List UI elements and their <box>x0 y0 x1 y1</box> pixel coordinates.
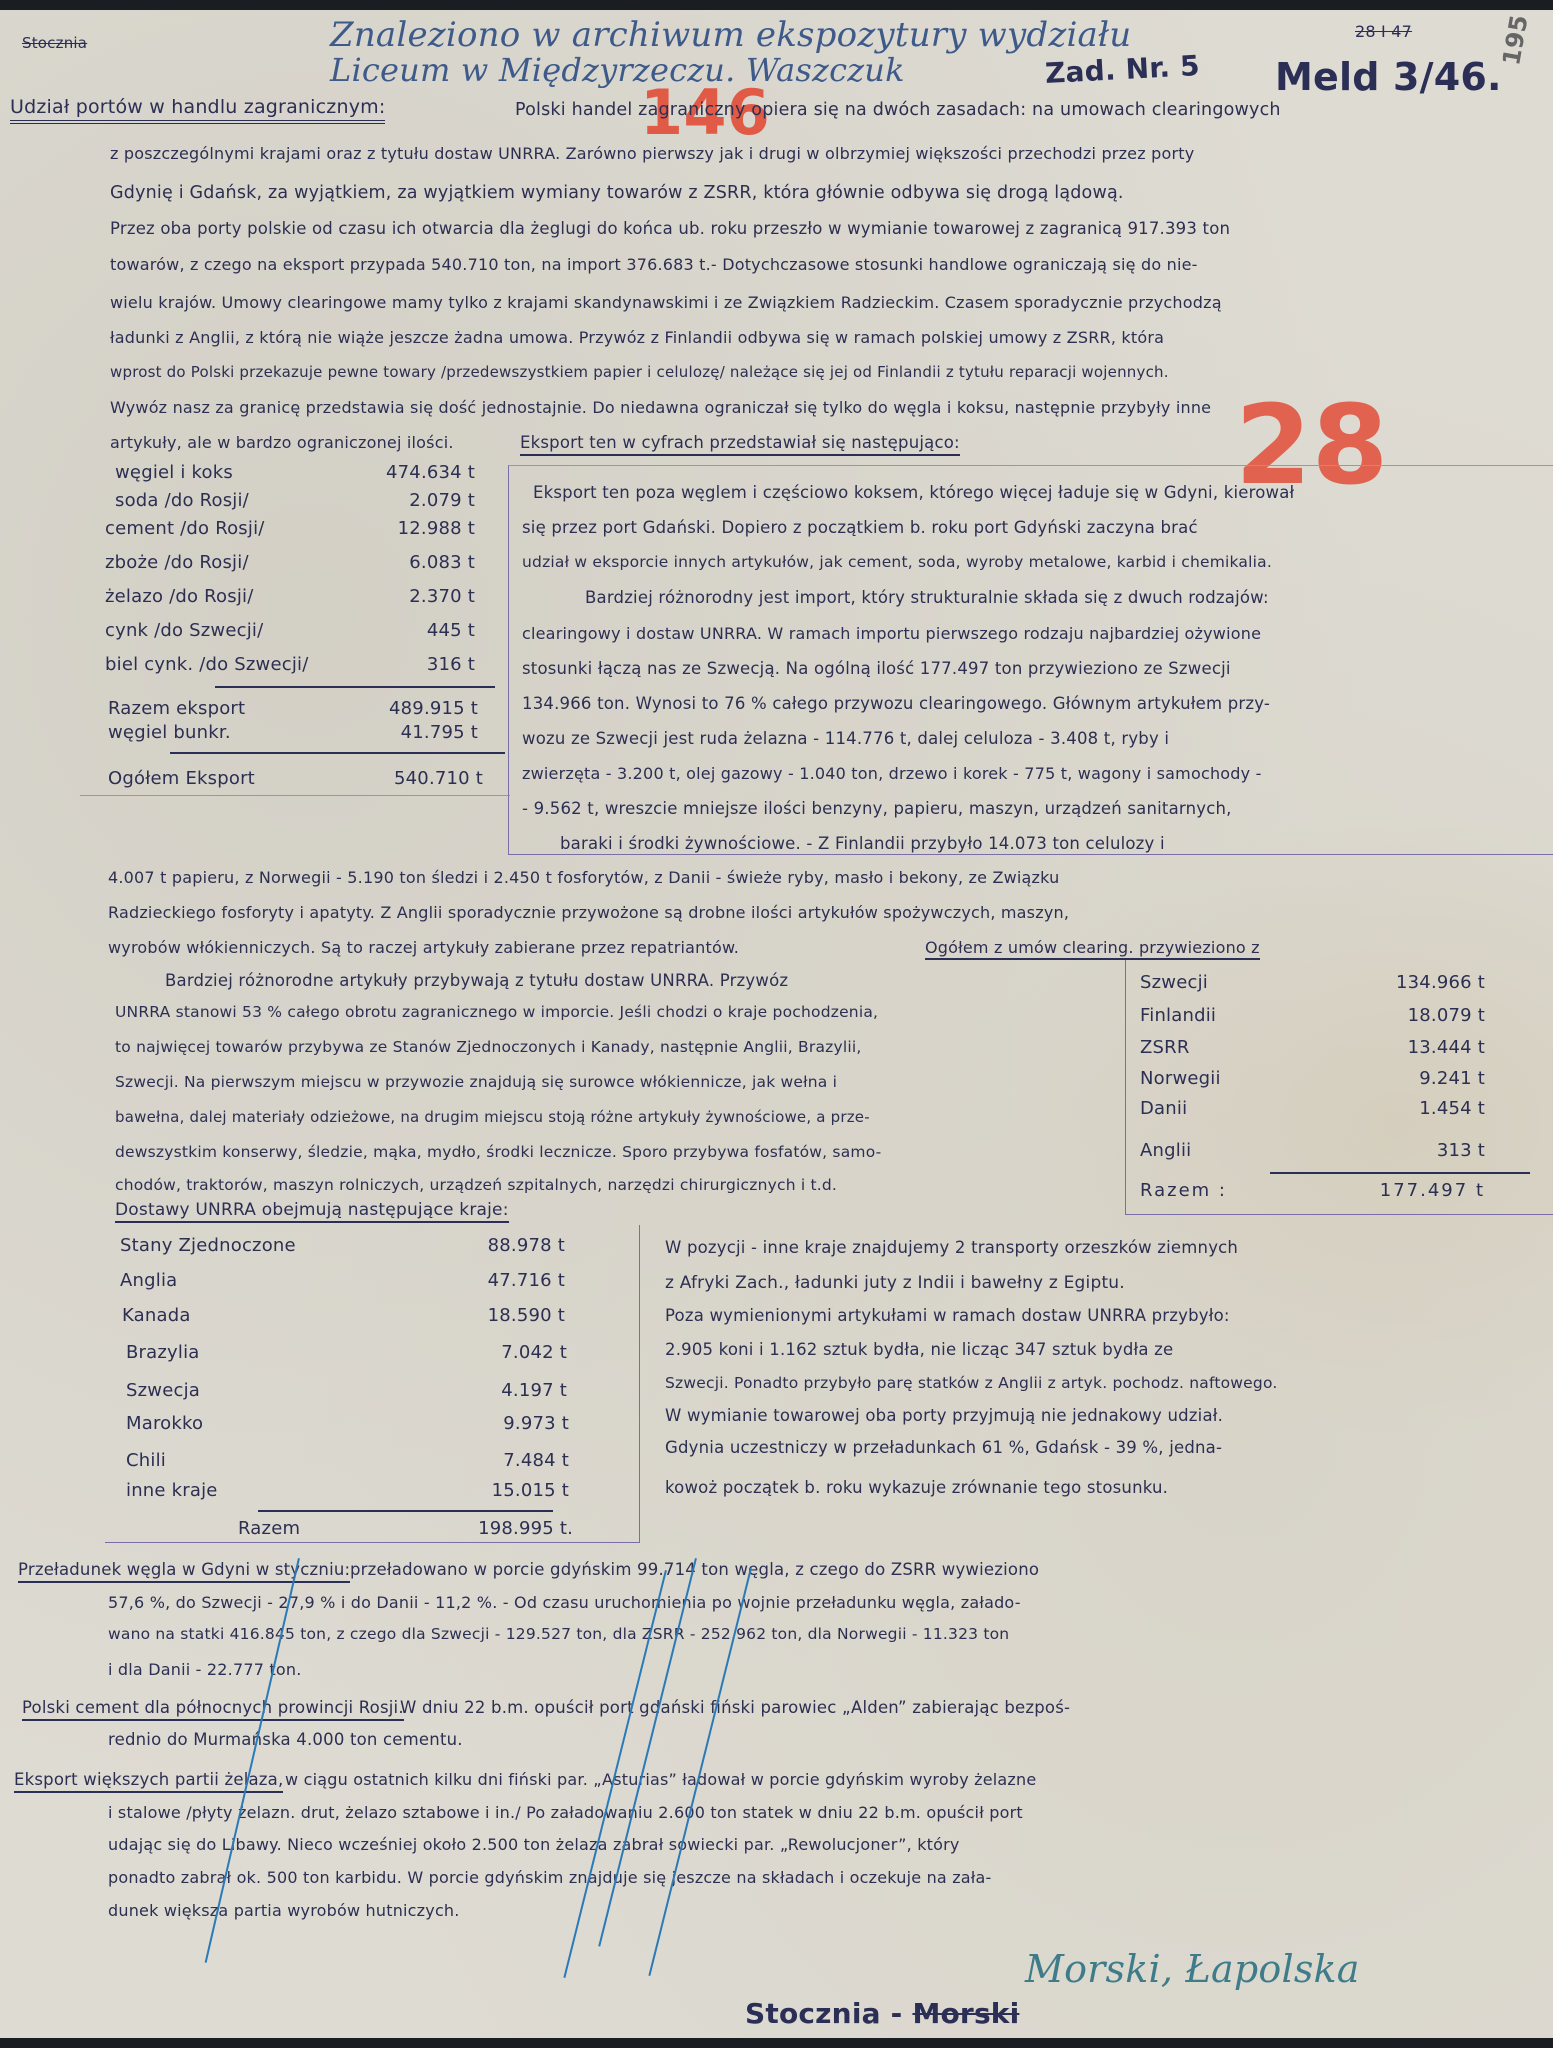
text-line: baraki i środki żywnościowe. - Z Finland… <box>560 836 1165 853</box>
task-reference: Zad. Nr. 5 <box>1044 52 1200 88</box>
text-line: - 9.562 t, wreszcie mniejsze ilości benz… <box>522 801 1232 818</box>
text-line: chodów, traktorów, maszyn rolniczych, ur… <box>115 1178 837 1194</box>
text-line: to najwięcej towarów przybywa ze Stanów … <box>115 1040 862 1056</box>
text-line: udział w eksporcie innych artykułów, jak… <box>522 555 1272 571</box>
text-line: udając się do Libawy. Nieco wcześniej ok… <box>108 1837 960 1853</box>
text-line: w ciągu ostatnich kilku dni fiński par. … <box>285 1772 1036 1788</box>
text-line: 134.966 ton. Wynosi to 76 % całego przyw… <box>522 696 1270 713</box>
divider <box>215 686 495 688</box>
export-intro: Eksport ten w cyfrach przedstawiał się n… <box>520 435 960 456</box>
section-heading-coal: Przeładunek węgla w Gdyni w styczniu: <box>18 1562 350 1583</box>
text-line: i stalowe /płyty żelazn. drut, żelazo sz… <box>108 1805 1023 1821</box>
stamp-top-left: Stocznia <box>22 36 87 51</box>
text-line: bawełna, dalej materiały odzieżowe, na d… <box>115 1110 870 1125</box>
text-line: z Afryki Zach., ładunki juty z Indii i b… <box>665 1275 1125 1292</box>
text-line: W dniu 22 b.m. opuścił port gdański fińs… <box>400 1700 1070 1717</box>
meld-reference: Meld 3/46. <box>1275 58 1502 96</box>
text-line: Eksport ten poza węglem i częściowo koks… <box>533 485 1294 502</box>
text-line: wyrobów włókienniczych. Są to raczej art… <box>108 940 739 956</box>
text-line: Radzieckiego fosforyty i apatyty. Z Angl… <box>108 905 1069 921</box>
crossed-date: 28 I 47 <box>1355 24 1412 40</box>
document-page: Stocznia Znaleziono w archiwum ekspozytu… <box>0 10 1553 2038</box>
stamp-bottom: Stocznia - Morski <box>745 2000 1019 2028</box>
text-line: artykuły, ale w bardzo ograniczonej iloś… <box>110 435 454 451</box>
text-line: Bardziej różnorodne artykuły przybywają … <box>165 973 788 990</box>
text-line: stosunki łączą nas ze Szwecją. Na ogólną… <box>522 661 1231 678</box>
text-line: UNRRA stanowi 53 % całego obrotu zagrani… <box>115 1005 878 1021</box>
text-line: Wywóz nasz za granicę przedstawia się do… <box>110 400 1211 416</box>
divider <box>1270 1172 1530 1174</box>
text-line: z poszczególnymi krajami oraz z tytułu d… <box>110 146 1194 162</box>
text-line: Poza wymienionymi artykułami w ramach do… <box>665 1308 1230 1325</box>
text-line: Bardziej różnorodny jest import, który s… <box>585 590 1269 607</box>
archive-note-line2: Liceum w Międzyrzeczu. Waszczuk <box>330 54 905 86</box>
text-line: dewszystkim konserwy, śledzie, mąka, myd… <box>115 1145 881 1161</box>
text-line: Gdynię i Gdańsk, za wyjątkiem, za wyjątk… <box>110 185 1124 203</box>
text-line: wielu krajów. Umowy clearingowe mamy tyl… <box>110 295 1222 311</box>
text-line: wano na statki 416.845 ton, z czego dla … <box>108 1627 1009 1643</box>
page-number-pencil: 195 <box>1499 13 1531 67</box>
text-line: ładunki z Anglii, z którą nie wiąże jesz… <box>110 330 1164 346</box>
text-line: ponadto zabrał ok. 500 ton karbidu. W po… <box>108 1870 992 1886</box>
text-line: towarów, z czego na eksport przypada 540… <box>110 257 1198 273</box>
table-bottom-rule <box>80 795 510 796</box>
section-heading-iron: Eksport większych partii żelaza, <box>14 1772 283 1793</box>
section-heading-cement: Polski cement dla północnych prowincji R… <box>22 1700 404 1721</box>
text-line: wozu ze Szwecji jest ruda żelazna - 114.… <box>522 731 1169 748</box>
section-heading-ports-trade: Udział portów w handlu zagranicznym: <box>10 98 385 124</box>
unrra-table-heading: Dostawy UNRRA obejmują następujące kraje… <box>115 1202 509 1223</box>
text-line: się przez port Gdański. Dopiero z począt… <box>522 520 1198 537</box>
text-line: W wymianie towarowej oba porty przyjmują… <box>665 1408 1223 1425</box>
archive-note-line1: Znaleziono w archiwum ekspozytury wydzia… <box>330 18 1131 52</box>
text-line: Szwecji. Ponadto przybyło parę statków z… <box>665 1376 1278 1392</box>
text-line: wprost do Polski przekazuje pewne towary… <box>110 365 1169 380</box>
pen-strike-mark <box>598 1558 697 1947</box>
text-line: Przez oba porty polskie od czasu ich otw… <box>110 221 1230 238</box>
text-line: Gdynia uczestniczy w przeładunkach 61 %,… <box>665 1440 1222 1457</box>
signature: Morski, Łapolska <box>1025 1950 1360 1988</box>
text-line: 4.007 t papieru, z Norwegii - 5.190 ton … <box>108 870 1059 886</box>
text-line: Szwecji. Na pierwszym miejscu w przywozi… <box>115 1075 837 1091</box>
text-line: zwierzęta - 3.200 t, olej gazowy - 1.040… <box>522 766 1262 782</box>
clearing-intro: Ogółem z umów clearing. przywieziono z <box>925 940 1260 960</box>
divider <box>170 752 505 754</box>
text-line: Polski handel zagraniczny opiera się na … <box>515 102 1281 120</box>
text-line: kowoż początek b. roku wykazuje zrównani… <box>665 1480 1168 1497</box>
text-line: rednio do Murmańska 4.000 ton cementu. <box>108 1732 463 1749</box>
divider <box>258 1510 553 1512</box>
text-line: clearingowy i dostaw UNRRA. W ramach imp… <box>522 626 1261 642</box>
text-line: 57,6 %, do Szwecji - 27,9 % i do Danii -… <box>108 1595 1021 1611</box>
text-line: dunek większa partia wyrobów hutniczych. <box>108 1903 460 1919</box>
text-line: 2.905 koni i 1.162 sztuk bydła, nie licz… <box>665 1342 1173 1359</box>
text-line: W pozycji - inne kraje znajdujemy 2 tran… <box>665 1240 1238 1257</box>
